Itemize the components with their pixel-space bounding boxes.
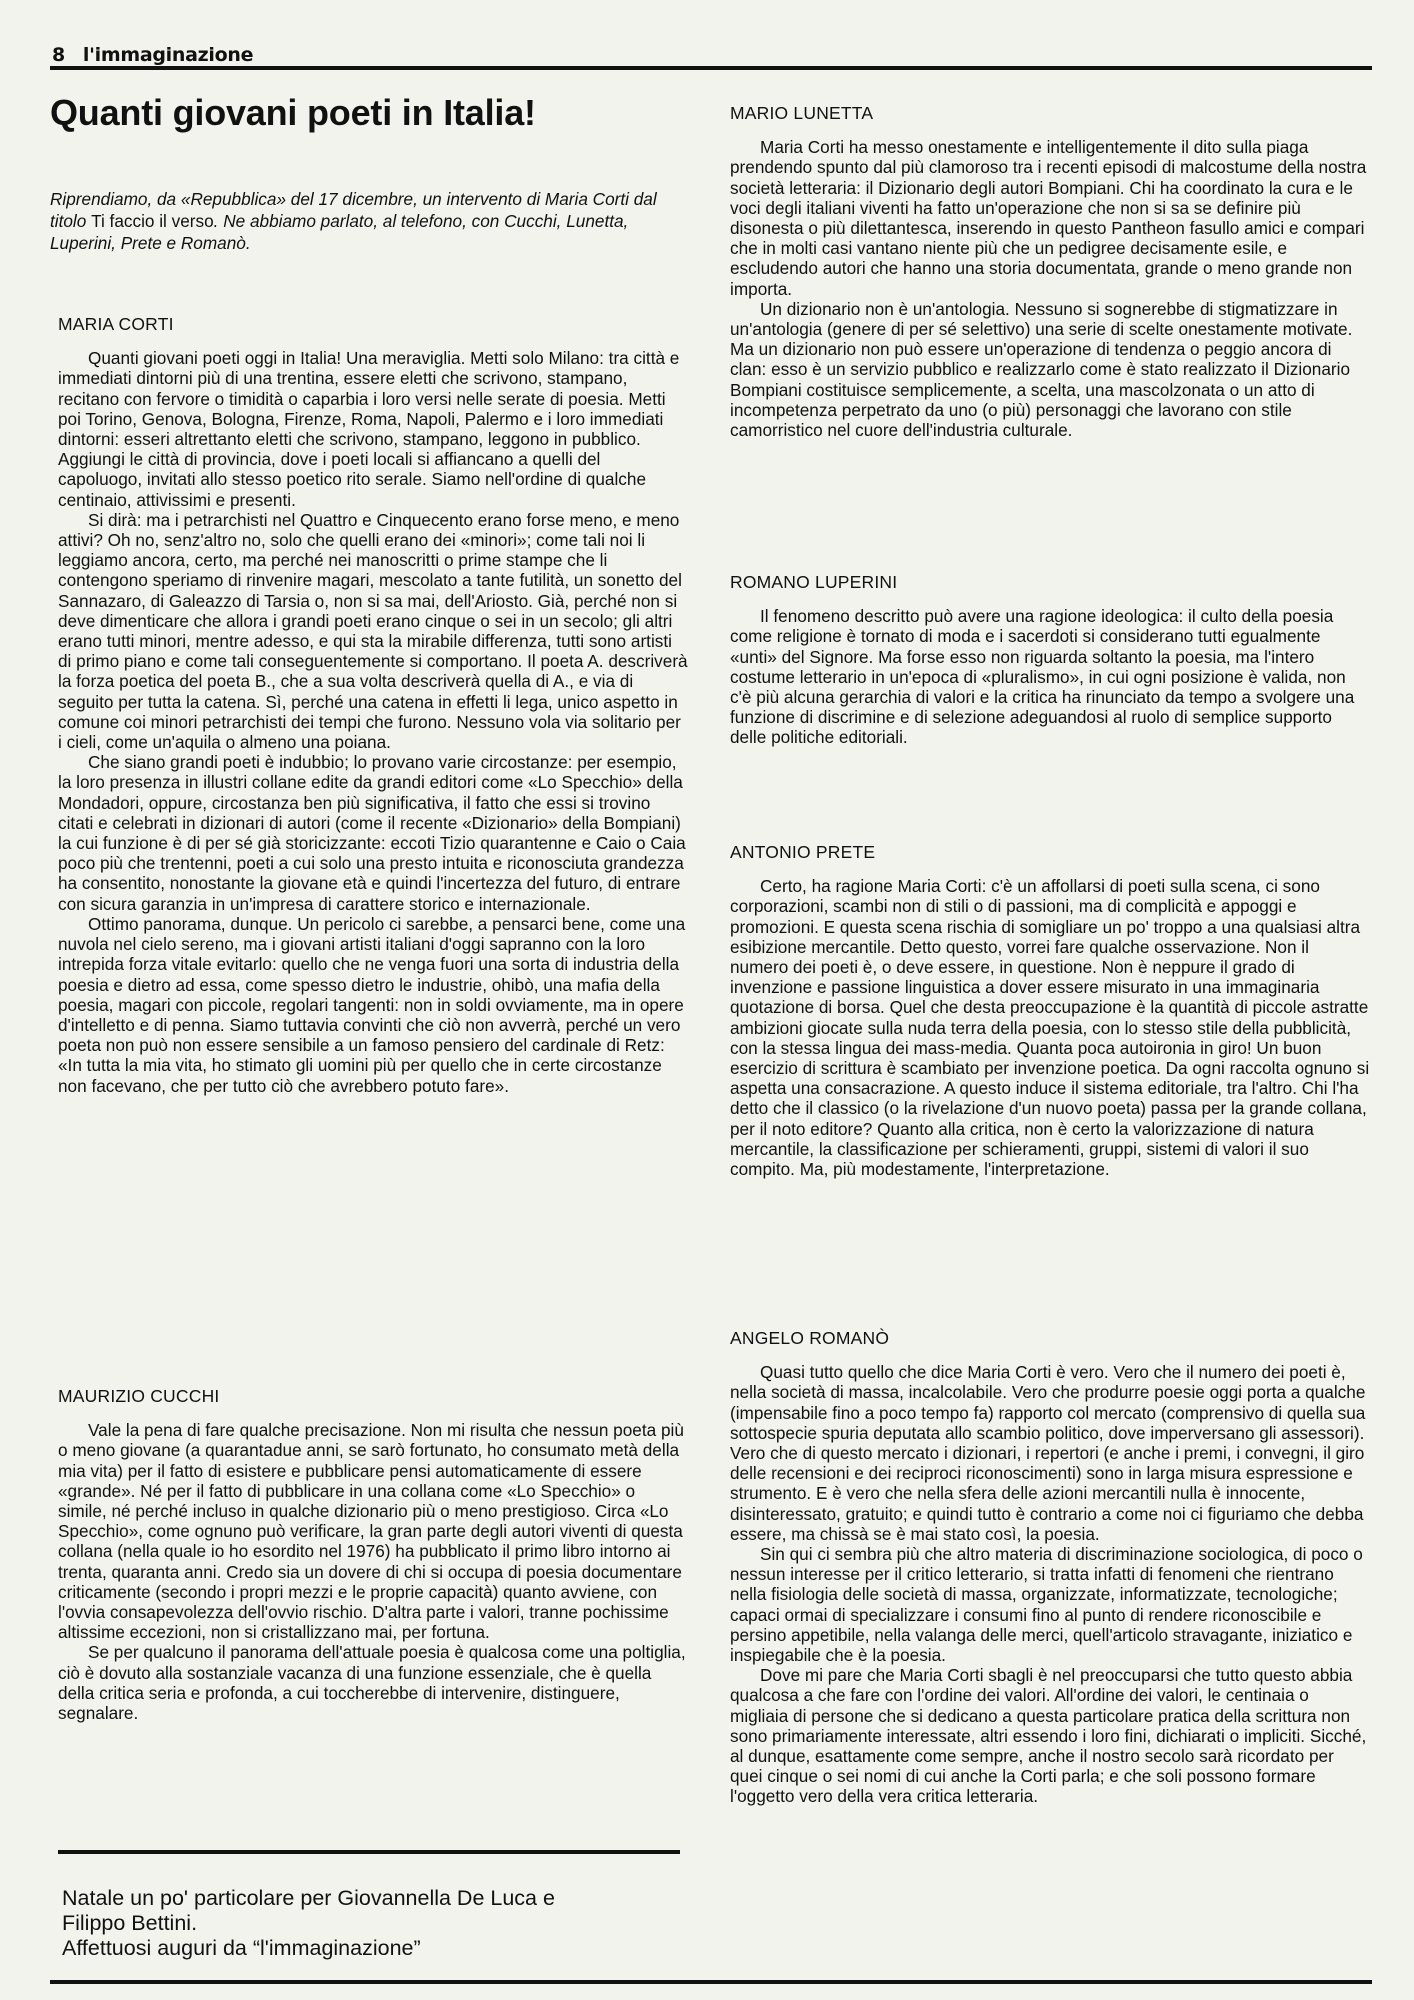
greeting-line: Filippo Bettini.	[62, 1911, 722, 1936]
paragraph: Quanti giovani poeti oggi in Italia! Una…	[58, 348, 688, 510]
paragraph: Ottimo panorama, dunque. Un pericolo ci …	[58, 914, 688, 1096]
author-heading: ANGELO ROMANÒ	[730, 1328, 1370, 1348]
publication-name: l'immaginazione	[83, 44, 253, 66]
paragraph: Un dizionario non è un'antologia. Nessun…	[730, 299, 1370, 440]
section-angelo-romano: ANGELO ROMANÒ Quasi tutto quello che dic…	[730, 1328, 1370, 1807]
paragraph: Vale la pena di fare qualche precisazion…	[58, 1420, 688, 1642]
greeting-separator-rule	[58, 1850, 680, 1854]
intro-quoted-title: Ti faccio il verso	[91, 211, 214, 231]
author-heading: MAURIZIO CUCCHI	[58, 1386, 688, 1406]
masthead: 8 l'immaginazione	[52, 44, 1372, 66]
paragraph: Se per qualcuno il panorama dell'attuale…	[58, 1642, 688, 1723]
article-title: Quanti giovani poeti in Italia!	[50, 92, 536, 134]
greeting-line: Affettuosi auguri da “l'immaginazione”	[62, 1936, 722, 1961]
footer-rule	[50, 1980, 1372, 1984]
paragraph: Maria Corti ha messo onestamente e intel…	[730, 137, 1370, 299]
section-mario-lunetta: MARIO LUNETTA Maria Corti ha messo onest…	[730, 103, 1370, 440]
masthead-rule	[50, 66, 1372, 70]
article-intro: Riprendiamo, da «Repubblica» del 17 dice…	[50, 188, 690, 254]
author-heading: MARIO LUNETTA	[730, 103, 1370, 123]
paragraph: Certo, ha ragione Maria Corti: c'è un af…	[730, 876, 1370, 1179]
author-heading: MARIA CORTI	[58, 314, 688, 334]
section-maurizio-cucchi: MAURIZIO CUCCHI Vale la pena di fare qua…	[58, 1386, 688, 1723]
christmas-greeting: Natale un po' particolare per Giovannell…	[62, 1886, 722, 1961]
greeting-line: Natale un po' particolare per Giovannell…	[62, 1886, 722, 1911]
author-heading: ANTONIO PRETE	[730, 842, 1370, 862]
author-heading: ROMANO LUPERINI	[730, 572, 1370, 592]
paragraph: Dove mi pare che Maria Corti sbagli è ne…	[730, 1665, 1370, 1806]
page-number: 8	[52, 44, 65, 66]
section-romano-luperini: ROMANO LUPERINI Il fenomeno descritto pu…	[730, 572, 1370, 748]
section-antonio-prete: ANTONIO PRETE Certo, ha ragione Maria Co…	[730, 842, 1370, 1179]
paragraph: Il fenomeno descritto può avere una ragi…	[730, 606, 1370, 747]
section-maria-corti: MARIA CORTI Quanti giovani poeti oggi in…	[58, 314, 688, 1096]
paragraph: Si dirà: ma i petrarchisti nel Quattro e…	[58, 510, 688, 752]
paragraph: Sin qui ci sembra più che altro materia …	[730, 1544, 1370, 1665]
paragraph: Che siano grandi poeti è indubbio; lo pr…	[58, 752, 688, 914]
paragraph: Quasi tutto quello che dice Maria Corti …	[730, 1362, 1370, 1544]
